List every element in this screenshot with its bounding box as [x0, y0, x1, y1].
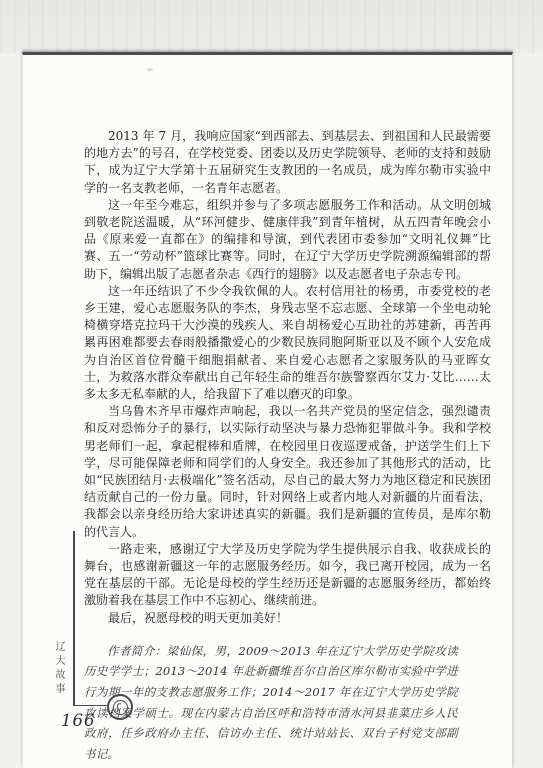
- scan-smudge: [147, 68, 153, 71]
- ornament-crescent-glyph: [115, 701, 125, 712]
- author-bio: 作者简介：梁仙保，男，2009～2013 年在辽宁大学历史学院攻读历史学学士；2…: [84, 641, 458, 765]
- footer-bracket-horizontal-rule: [73, 705, 108, 707]
- paragraph-2: 这一年至今难忘，组织并参与了多项志愿服务工作和活动。从文明创城到敬老院送温暖，从…: [84, 197, 491, 283]
- paragraph-4: 当乌鲁木齐早市爆炸声响起，我以一名共产党员的坚定信念，强烈谴责和反对恐怖分子的暴…: [84, 403, 491, 541]
- sidebar-series-title: 辽大故事: [51, 641, 66, 697]
- footer-bracket-vertical-rule: [73, 531, 75, 706]
- paragraph-1: 2013 年 7 月，我响应国家“到西部去、到基层去、到祖国和人民最需要的地方去…: [84, 128, 491, 197]
- ornament-inner-ring: [113, 700, 128, 715]
- page-number: 166: [61, 711, 96, 730]
- article-body: 2013 年 7 月，我响应国家“到西部去、到基层去、到祖国和人民最需要的地方去…: [84, 128, 491, 764]
- paragraph-3: 这一年还结识了不少令我钦佩的人。农村信用社的杨勇，市委党校的老乡王建，爱心志愿服…: [84, 283, 491, 403]
- scan-background-band: [0, 0, 543, 53]
- book-page: 2013 年 7 月，我响应国家“到西部去、到基层去、到祖国和人民最需要的地方去…: [22, 52, 513, 768]
- chapter-end-ornament-icon: [107, 694, 133, 720]
- closing-line: 最后，祝愿母校的明天更加美好！: [84, 610, 491, 627]
- paragraph-5: 一路走来，感谢辽宁大学及历史学院为学生提供展示自我、收获成长的舞台，也感谢新疆这…: [84, 541, 491, 610]
